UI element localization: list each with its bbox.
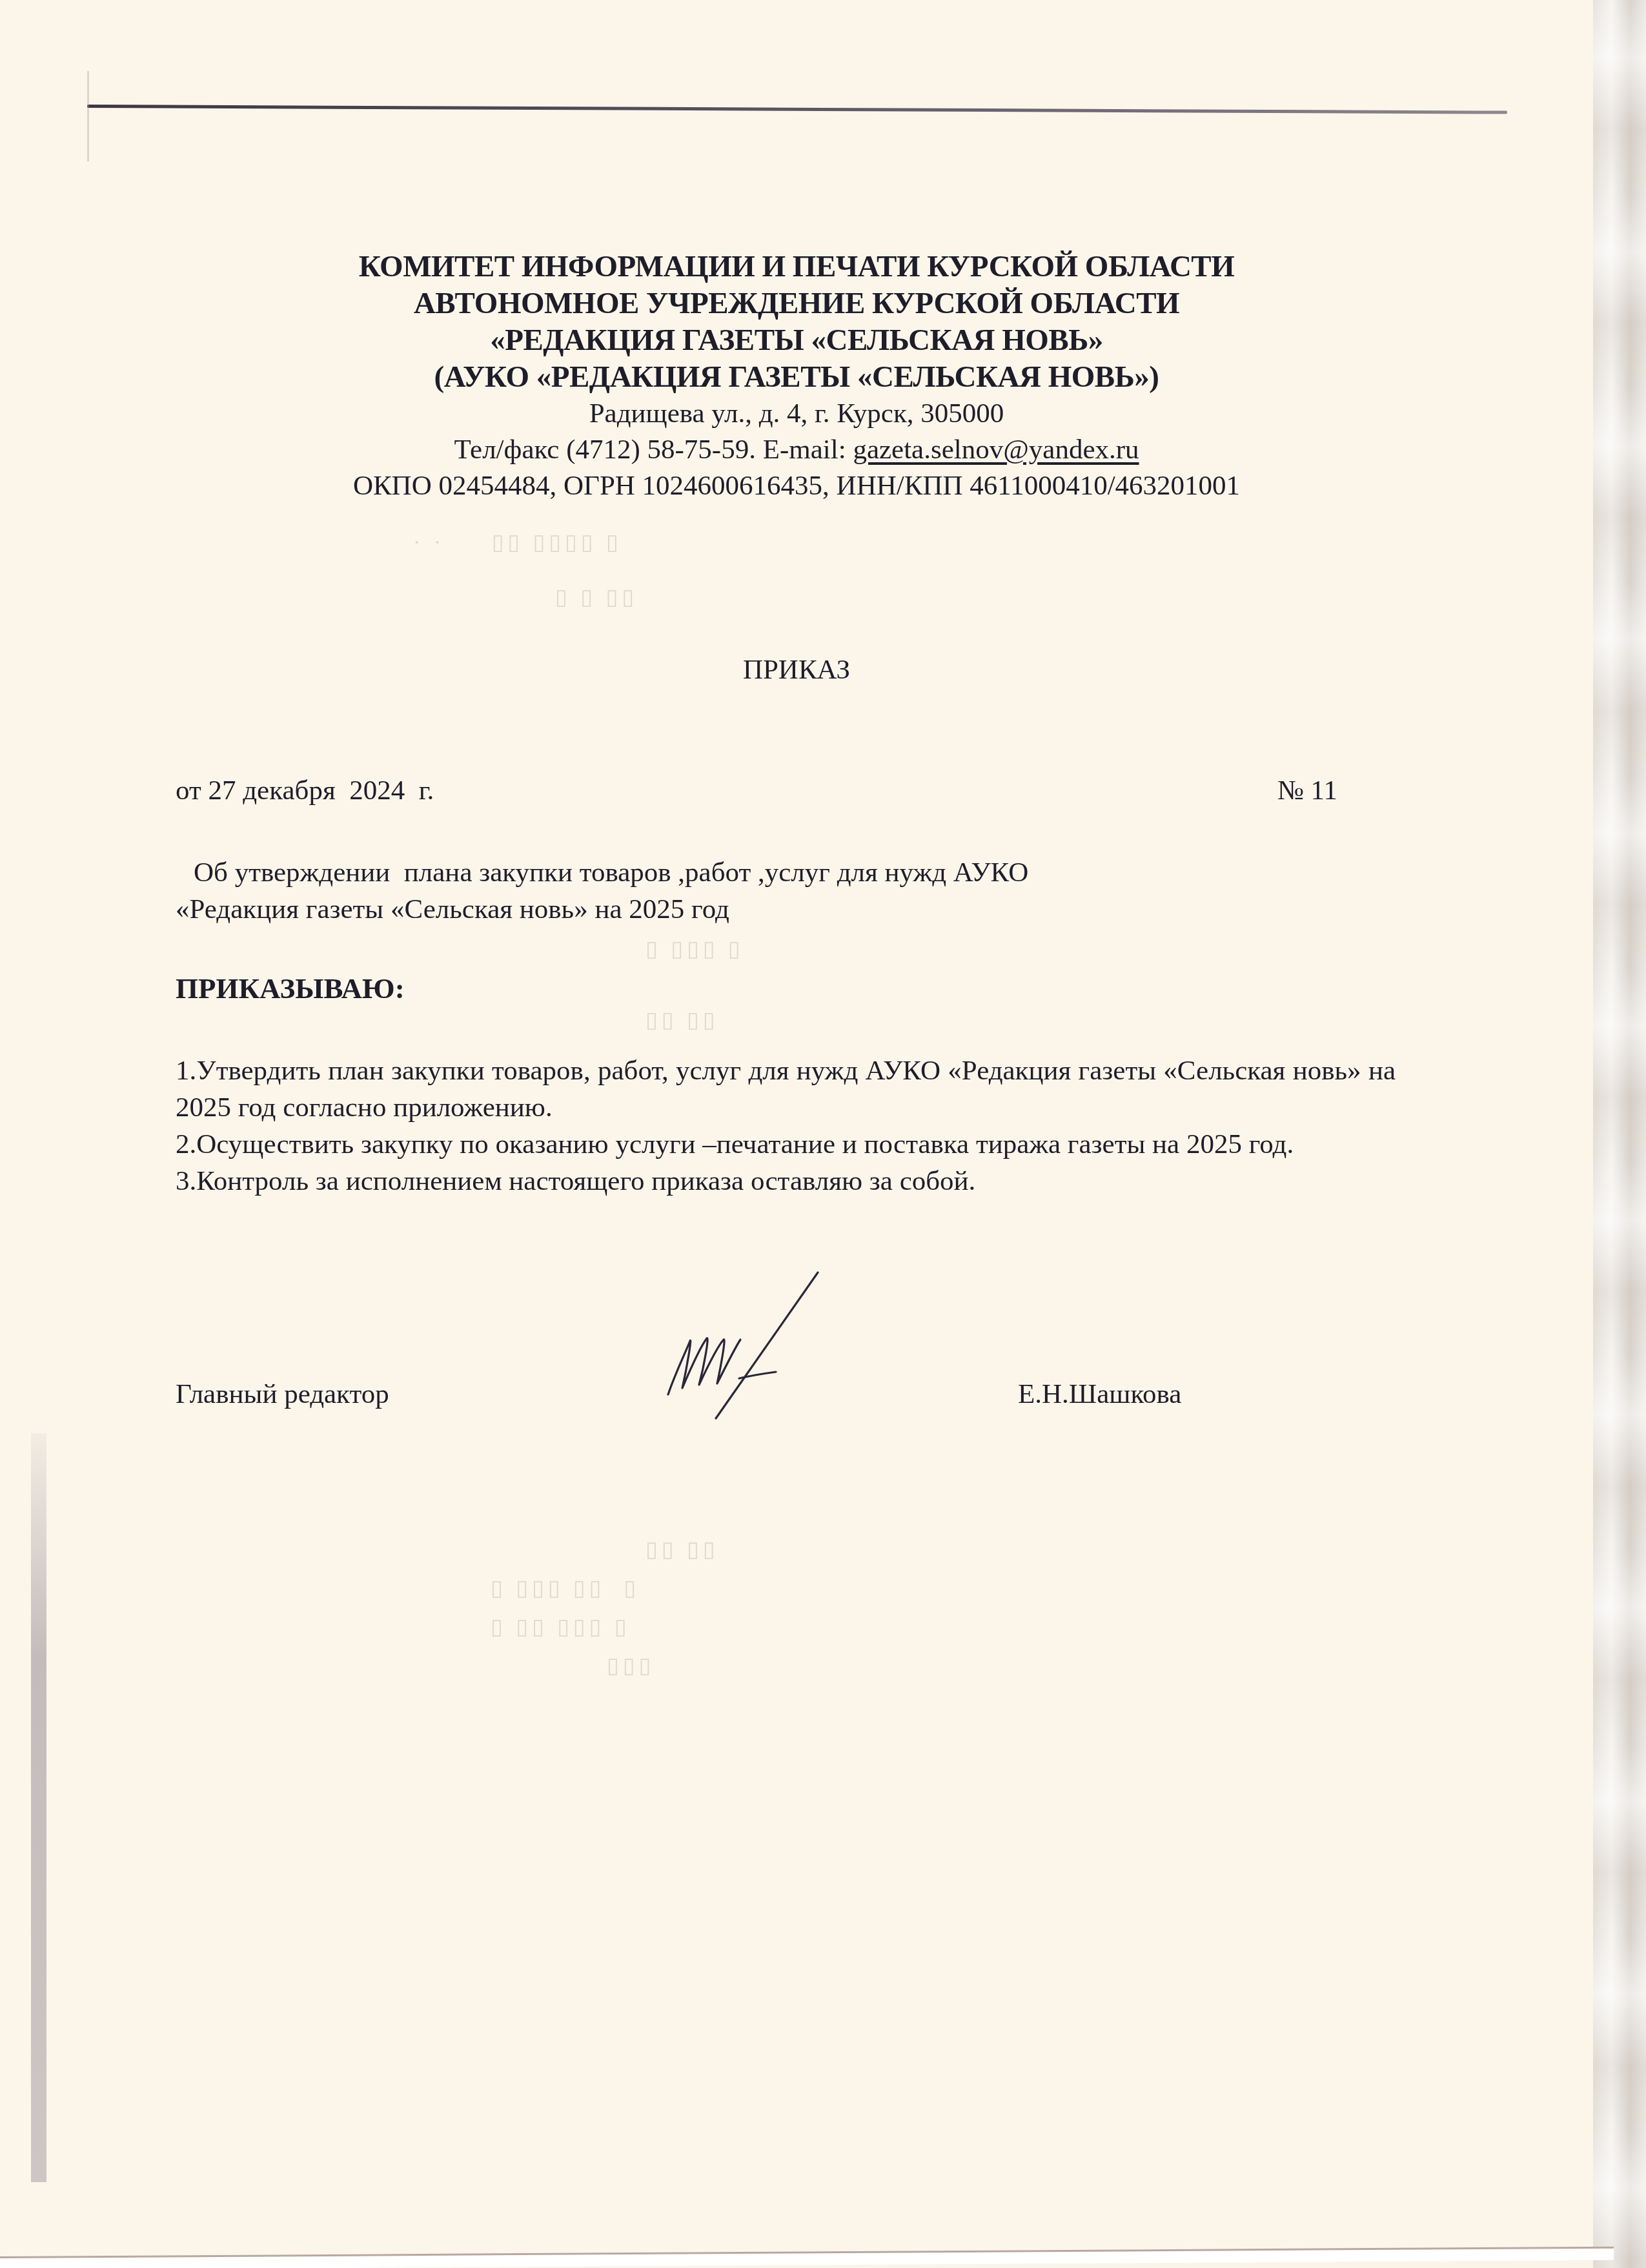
handwritten-signature-icon bbox=[656, 1269, 863, 1436]
subject-line: «Редакция газеты «Сельская новь» на 2025… bbox=[176, 891, 1337, 928]
order-subject: Об утверждении плана закупки товаров ,ра… bbox=[176, 854, 1337, 928]
subject-line: Об утверждении плана закупки товаров ,ра… bbox=[176, 854, 1337, 891]
letterhead-registry: ОКПО 02454484, ОГРН 1024600616435, ИНН/К… bbox=[0, 468, 1593, 504]
letterhead-org-line: АВТОНОМНОЕ УЧРЕЖДЕНИЕ КУРСКОЙ ОБЛАСТИ bbox=[0, 285, 1593, 322]
signatory-name: Е.Н.Шашкова bbox=[1018, 1378, 1181, 1410]
left-tick-mark bbox=[87, 71, 89, 161]
order-item: 1.Утвердить план закупки товаров, работ,… bbox=[176, 1052, 1396, 1126]
letterhead: КОМИТЕТ ИНФОРМАЦИИ И ПЕЧАТИ КУРСКОЙ ОБЛА… bbox=[0, 249, 1593, 504]
scanner-edge-right bbox=[1593, 0, 1646, 2268]
order-item: 2.Осуществить закупку по оказанию услуги… bbox=[176, 1126, 1396, 1163]
left-scan-shadow bbox=[31, 1433, 46, 2182]
contacts-phone: Тел/факс (4712) 58-75-59. E-mail: bbox=[454, 434, 853, 465]
document-title: ПРИКАЗ bbox=[0, 654, 1593, 686]
letterhead-org-line: «РЕДАКЦИЯ ГАЗЕТЫ «СЕЛЬСКАЯ НОВЬ» bbox=[0, 322, 1593, 359]
letterhead-org-line: КОМИТЕТ ИНФОРМАЦИИ И ПЕЧАТИ КУРСКОЙ ОБЛА… bbox=[0, 249, 1593, 285]
letterhead-org-line: (АУКО «РЕДАКЦИЯ ГАЗЕТЫ «СЕЛЬСКАЯ НОВЬ») bbox=[0, 359, 1593, 396]
email-link[interactable]: gazeta.selnov@yandex.ru bbox=[853, 434, 1139, 465]
letterhead-address: Радищева ул., д. 4, г. Курск, 305000 bbox=[0, 396, 1593, 432]
order-directive-heading: ПРИКАЗЫВАЮ: bbox=[176, 972, 405, 1005]
order-item: 3.Контроль за исполнением настоящего при… bbox=[176, 1163, 1396, 1200]
signatory-position: Главный редактор bbox=[176, 1378, 389, 1410]
letterhead-contacts: Тел/факс (4712) 58-75-59. E-mail: gazeta… bbox=[0, 432, 1593, 468]
order-items: 1.Утвердить план закупки товаров, работ,… bbox=[176, 1052, 1396, 1200]
date-number-row: от 27 декабря 2024 г. № 11 bbox=[176, 775, 1337, 806]
order-number: № 11 bbox=[1277, 775, 1337, 806]
order-date: от 27 декабря 2024 г. bbox=[176, 775, 434, 806]
